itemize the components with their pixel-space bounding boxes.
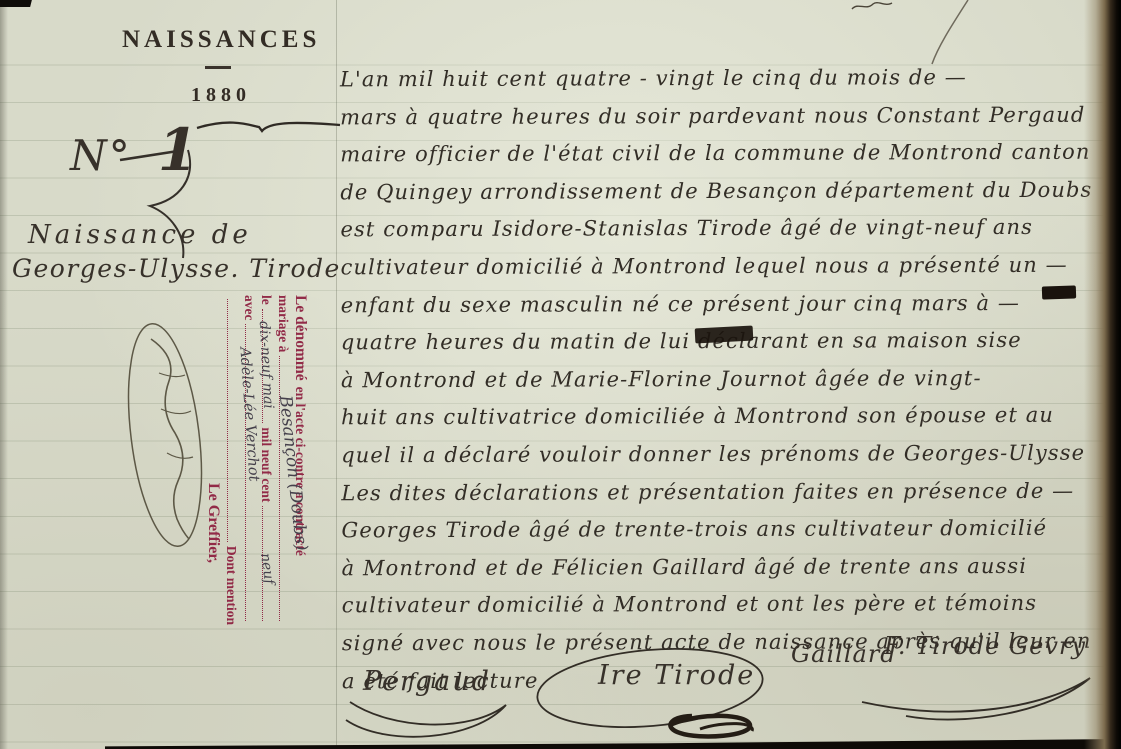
margin-note-line2: Georges-Ulysse. Tirode bbox=[12, 254, 341, 283]
stamp-avec-label: avec bbox=[241, 295, 258, 320]
act-line: enfant du sexe masculin né ce présent jo… bbox=[341, 290, 1093, 330]
book-binding-edge bbox=[1084, 0, 1121, 749]
stamp-denomme-label: Le dénommé bbox=[292, 295, 309, 381]
act-line: L'an mil huit cent quatre - vingt le cin… bbox=[340, 65, 1092, 105]
register-section-title: NAISSANCES bbox=[122, 26, 320, 54]
act-line: de Quingey arrondissement de Besançon dé… bbox=[340, 177, 1092, 217]
greffier-signature bbox=[97, 313, 217, 563]
stamp-le-label: le bbox=[258, 295, 275, 305]
act-line: huit ans cultivatrice domiciliée à Montr… bbox=[341, 403, 1093, 443]
register-year: 1880 bbox=[191, 84, 251, 107]
act-line: quel il a déclaré vouloir donner les pré… bbox=[341, 441, 1093, 481]
act-number: N°1 bbox=[70, 116, 198, 184]
act-line: maire officier de l'état civil de la com… bbox=[340, 140, 1092, 180]
ink-blot bbox=[1042, 285, 1076, 299]
margin-note-line1: Naissance de bbox=[28, 220, 252, 250]
scan-corner-mark bbox=[0, 0, 32, 7]
act-number-prefix: N° bbox=[70, 131, 132, 180]
act-line: cultivateur domicilié à Montrond lequel … bbox=[341, 253, 1093, 293]
act-line: est comparu Isidore-Stanislas Tirode âgé… bbox=[340, 215, 1092, 255]
act-line: à Montrond et de Marie-Florine Journot â… bbox=[341, 365, 1093, 405]
act-number-value: 1 bbox=[158, 116, 198, 184]
act-line: à Montrond et de Félicien Gaillard âgé d… bbox=[342, 553, 1094, 593]
act-line: Les dites déclarations et présentation f… bbox=[341, 478, 1093, 518]
act-line: mars à quatre heures du soir pardevant n… bbox=[340, 102, 1092, 142]
act-line: cultivateur domicilié à Montrond et ont … bbox=[342, 591, 1094, 631]
header-divider bbox=[205, 66, 231, 69]
signature-witness-gaillard: Gaillard bbox=[791, 640, 897, 668]
page-left-edge bbox=[0, 0, 8, 749]
signature-witness-tirode: F. Tirode Gevry bbox=[884, 632, 1086, 660]
stamp-dont-mention-label: Dont mention bbox=[223, 546, 240, 625]
act-body: L'an mil huit cent quatre - vingt le cin… bbox=[340, 65, 1094, 707]
ink-blot bbox=[695, 325, 754, 343]
signature-officer: Pergaud bbox=[363, 666, 491, 697]
marriage-mention-stamp: Le dénommé en l'acte ci-contre a contrac… bbox=[201, 295, 309, 625]
page-crease bbox=[336, 0, 337, 749]
stamp-line-5: Dont mention bbox=[223, 295, 240, 625]
stamp-mariage-label: mariage à bbox=[275, 295, 292, 352]
signature-father: Ire Tirode bbox=[598, 660, 755, 691]
birth-register-scan: NAISSANCES 1880 N°1 Naissance de Georges… bbox=[0, 0, 1121, 749]
stamp-dotted-line bbox=[227, 299, 240, 542]
act-line: Georges Tirode âgé de trente-trois ans c… bbox=[341, 516, 1093, 556]
